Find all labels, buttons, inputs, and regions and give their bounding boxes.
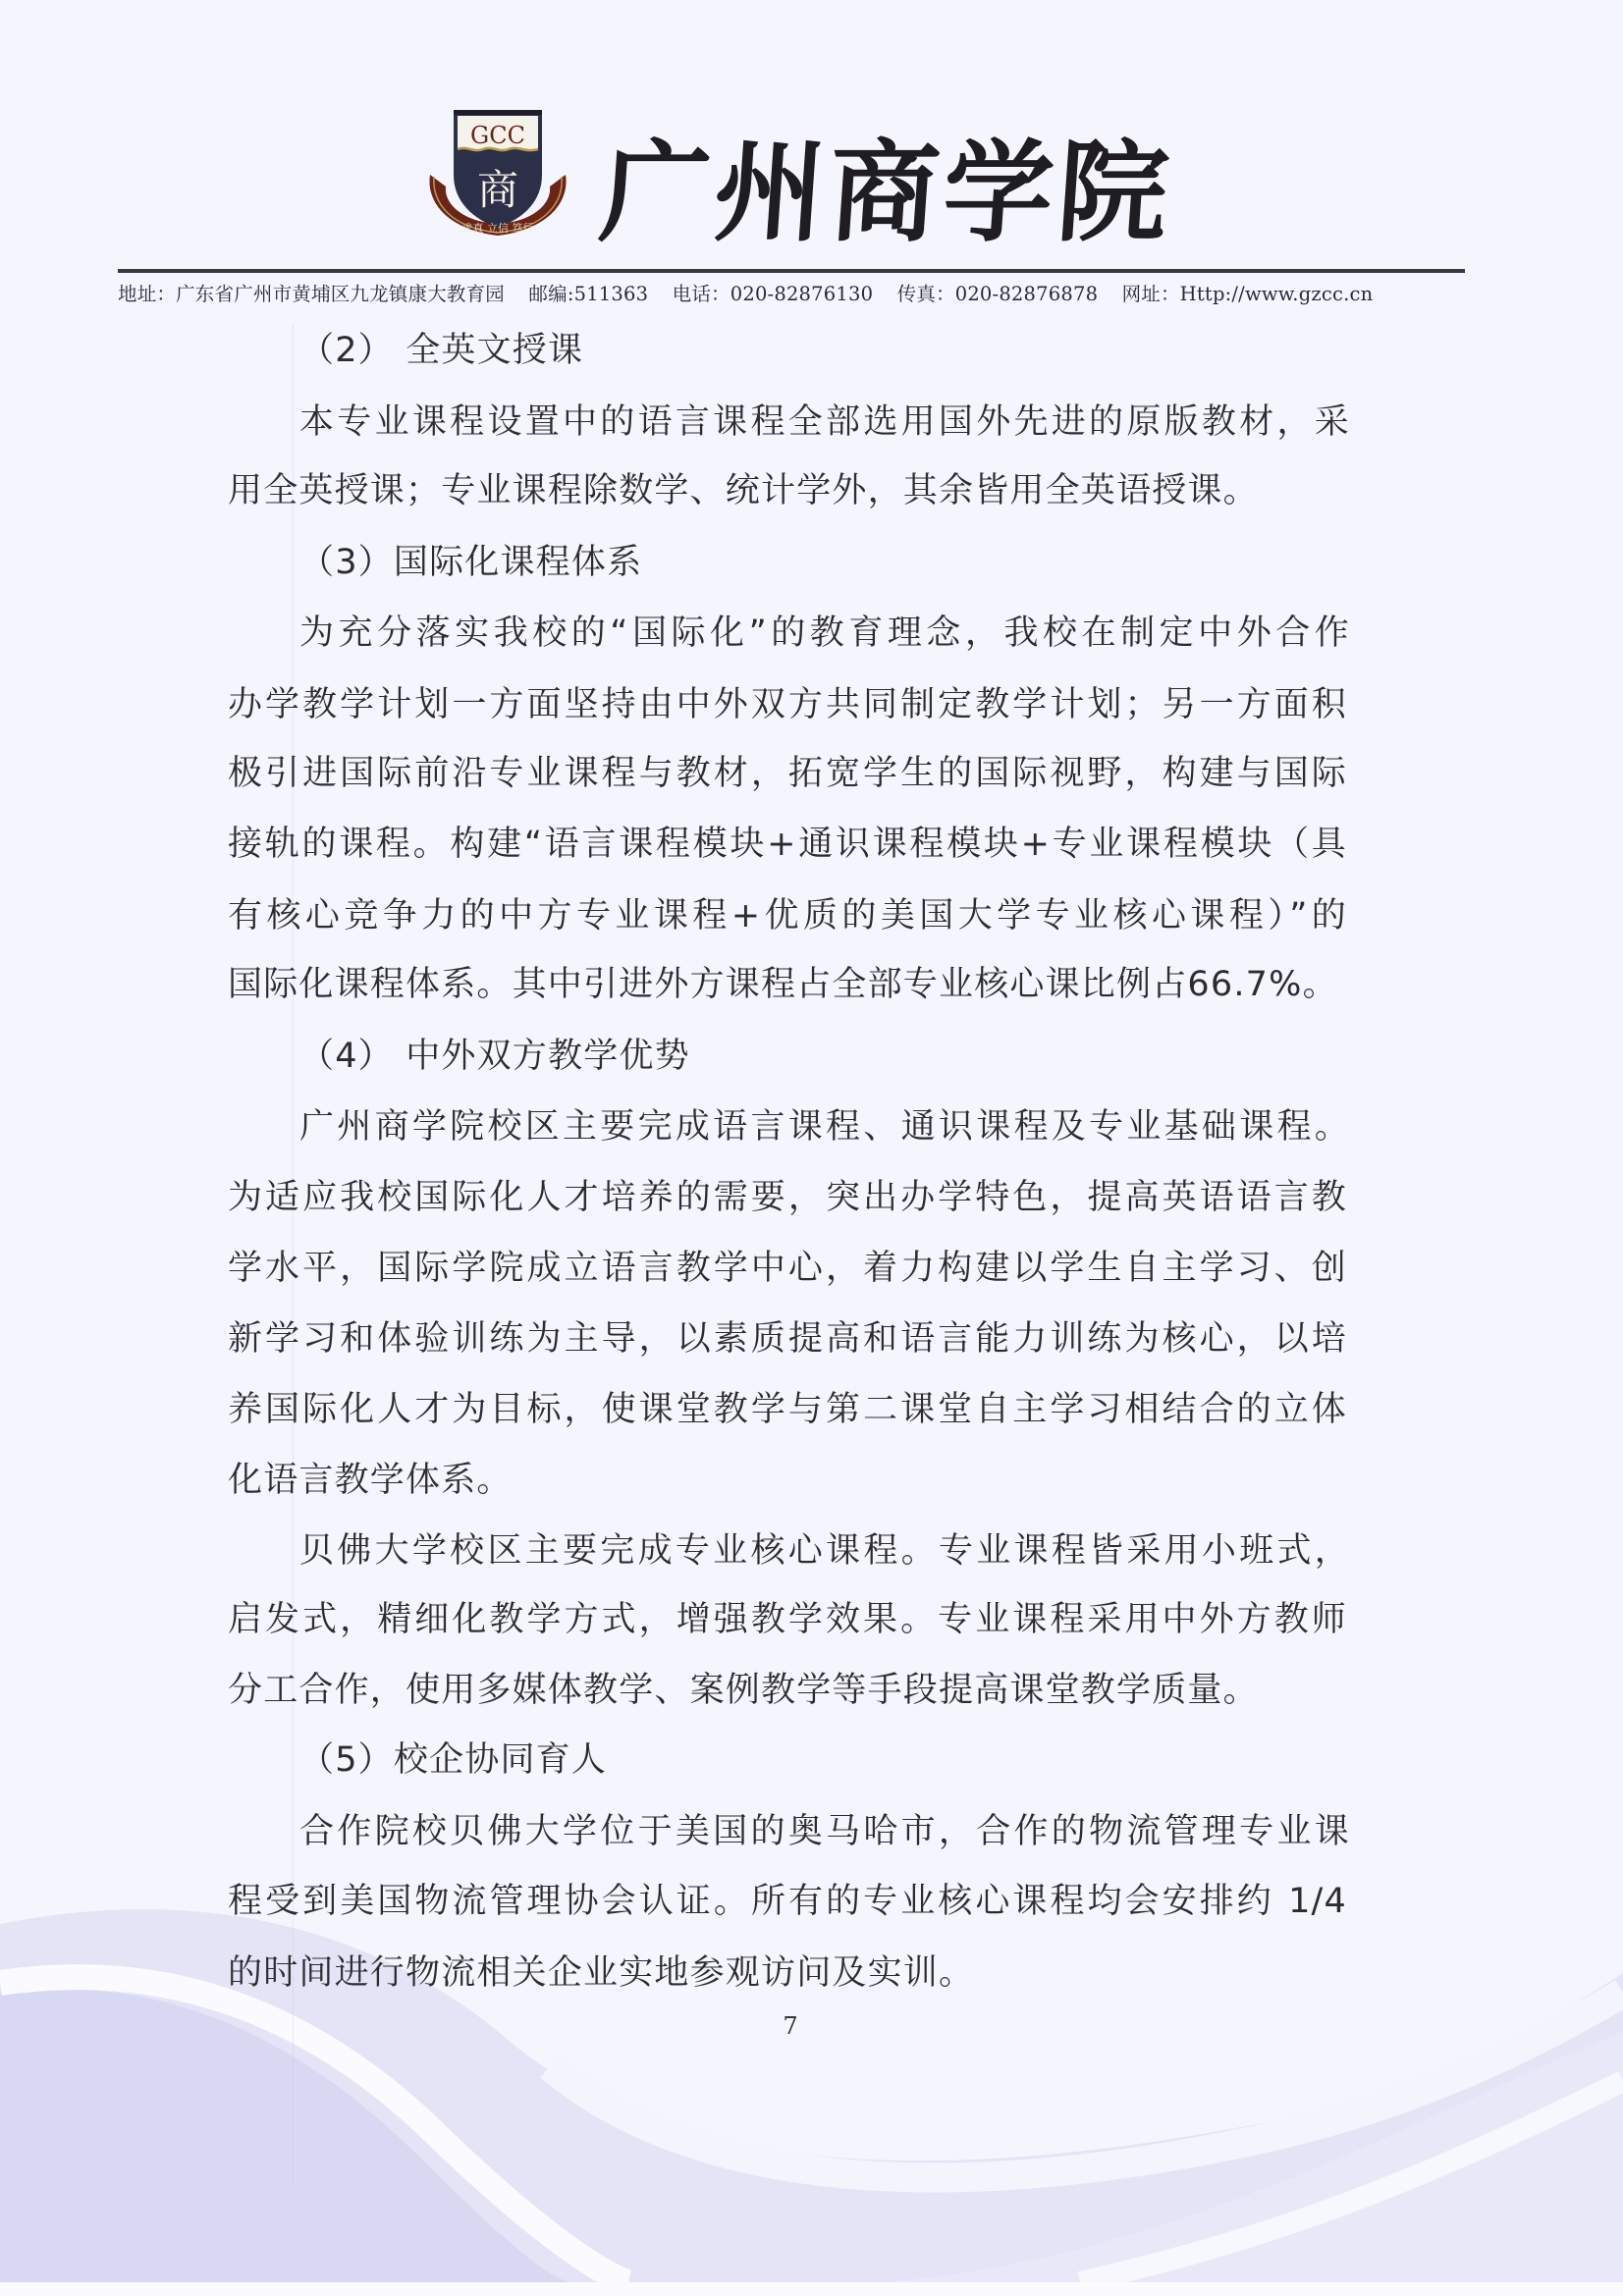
fax-text: 传真：020-82876878: [897, 283, 1099, 305]
website-link[interactable]: 网址：Http://www.gzcc.cn: [1122, 283, 1374, 305]
paragraph-line: 国际化课程体系。其中引进外方课程占全部专业核心课比例占66.7%。: [228, 963, 1347, 1006]
paragraph-line: 贝佛大学校区主要完成专业核心课程。专业课程皆采用小班式，: [299, 1529, 1350, 1573]
paragraph-line: 化语言教学体系。: [228, 1459, 1347, 1502]
school-logo: GCC 商 求真 立信 笃行: [424, 106, 571, 243]
shield-emblem-icon: GCC 商 求真 立信 笃行: [424, 106, 571, 243]
title-char: 商: [824, 105, 947, 263]
title-char: 院: [1053, 105, 1175, 263]
logo-motto: 求真 立信 笃行: [462, 221, 534, 235]
paragraph-line: 程受到美国物流管理协会认证。所有的专业核心课程均会安排约 1/4: [228, 1880, 1347, 1923]
paragraph-line: 养国际化人才为目标，使课堂教学与第二课堂自主学习相结合的立体: [228, 1388, 1347, 1431]
school-name-title: 广 州 商 学 院: [596, 110, 1175, 257]
paragraph-line: 用全英授课；专业课程除数学、统计学外，其余皆用全英语授课。: [228, 469, 1347, 512]
paragraph-line: 有核心竞争力的中方专业课程+优质的美国大学专业核心课程）”的: [228, 894, 1347, 937]
wave-decoration-icon: [0, 1865, 1623, 2296]
header-divider: [118, 269, 1465, 273]
title-char: 学: [939, 105, 1061, 263]
paragraph-line: 分工合作，使用多媒体教学、案例教学等手段提高课堂教学质量。: [228, 1669, 1347, 1712]
logo-emblem-char: 商: [477, 166, 518, 214]
paragraph-line: 本专业课程设置中的语言课程全部选用国外先进的原版教材，采: [299, 400, 1350, 444]
paragraph-line: 广州商学院校区主要完成语言课程、通识课程及专业基础课程。: [299, 1105, 1350, 1148]
section-heading: （4） 中外双方教学优势: [299, 1035, 1419, 1078]
page-number: 7: [776, 2012, 805, 2040]
paragraph-line: 为适应我校国际化人才培养的需要，突出办学特色，提高英语语言教: [228, 1176, 1347, 1219]
paragraph-line: 学水平，国际学院成立语言教学中心，着力构建以学生自主学习、创: [228, 1247, 1347, 1290]
title-char: 州: [710, 105, 833, 263]
section-heading: （5）校企协同育人: [299, 1738, 1419, 1782]
address-text: 地址：广东省广州市黄埔区九龙镇康大教育园: [118, 283, 505, 305]
paragraph-line: 合作院校贝佛大学位于美国的奥马哈市，合作的物流管理专业课: [299, 1810, 1350, 1853]
title-char: 广: [595, 105, 718, 263]
logo-initials: GCC: [470, 122, 525, 149]
paragraph-line: 启发式，精细化教学方式，增强教学效果。专业课程采用中外方教师: [228, 1598, 1347, 1641]
letterhead-contact-line: 地址：广东省广州市黄埔区九龙镇康大教育园 邮编:511363 电话：020-82…: [118, 279, 1473, 306]
paragraph-line: 极引进国际前沿专业课程与教材，拓宽学生的国际视野，构建与国际: [228, 752, 1347, 795]
paragraph-line: 办学教学计划一方面坚持由中外双方共同制定教学计划；另一方面积: [228, 683, 1347, 726]
page-bottom-edge: [0, 2282, 1623, 2296]
paragraph-line: 为充分落实我校的“国际化”的教育理念，我校在制定中外合作: [299, 612, 1350, 655]
section-heading: （3）国际化课程体系: [299, 541, 1419, 584]
document-page: GCC 商 求真 立信 笃行 广 州 商 学 院 地址：广东省广州市黄埔区九龙镇…: [0, 0, 1623, 2296]
paragraph-line: 接轨的课程。构建“语言课程模块+通识课程模块+专业课程模块（具: [228, 823, 1347, 866]
paragraph-line: 的时间进行物流相关企业实地参观访问及实训。: [228, 1951, 1347, 1995]
paragraph-line: 新学习和体验训练为主导，以素质提高和语言能力训练为核心，以培: [228, 1317, 1347, 1361]
postcode-text: 邮编:511363: [528, 283, 648, 305]
section-heading: （2） 全英文授课: [299, 329, 1419, 372]
phone-text: 电话：020-82876130: [673, 283, 874, 305]
